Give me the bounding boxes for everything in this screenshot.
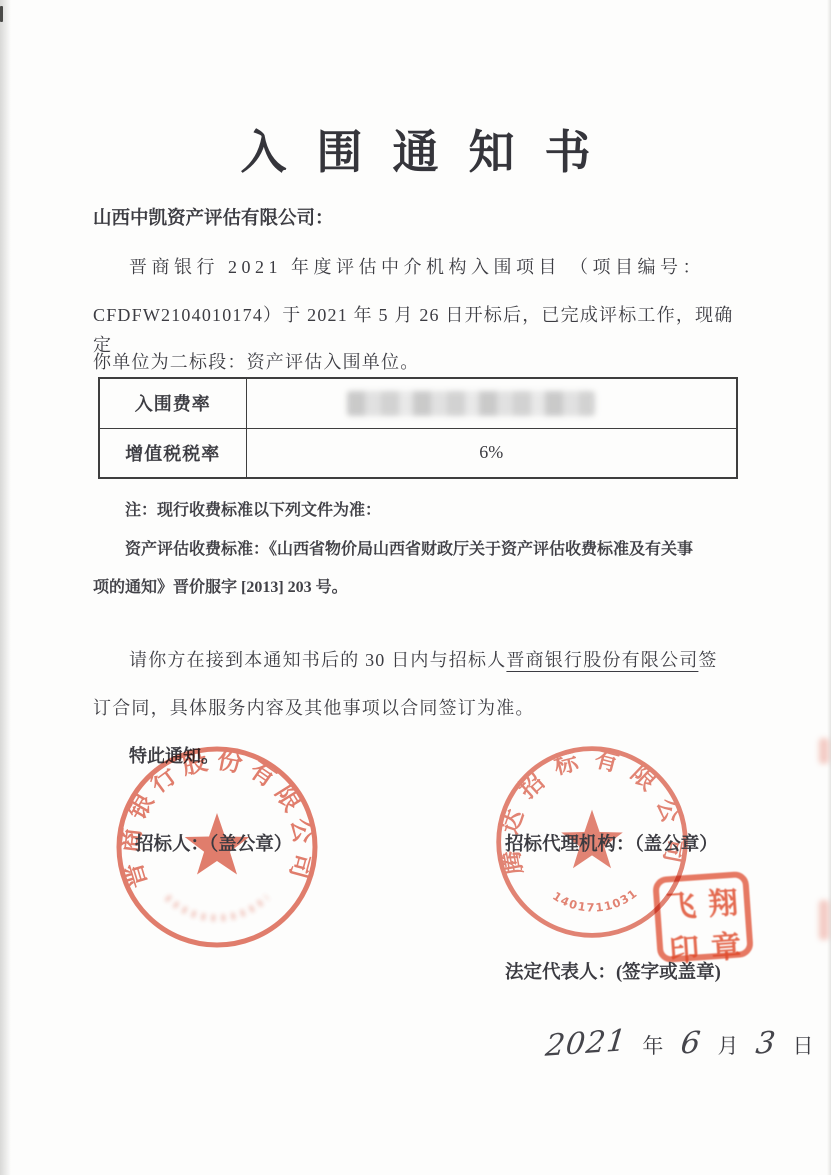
date-year-handwritten: 2021 — [544, 1023, 629, 1064]
seal-code-blur — [167, 897, 267, 918]
intro-line-1: 晋商银行 2021 年度评估中介机构入围项目 （项目编号： — [93, 252, 741, 282]
note-line-3: 项的通知》晋价服字 [2013] 203 号。 — [93, 575, 741, 601]
date-month-handwritten: 6 — [679, 1025, 703, 1061]
bidder-company-name: 晋商银行股份有限公司 — [506, 650, 698, 670]
contract-line-2: 订合同，具体服务内容及其他事项以合同签订为准。 — [93, 693, 741, 723]
fee-rate-value — [246, 378, 737, 428]
notice-document-page: 入围通知书 山西中凯资产评估有限公司： 晋商银行 2021 年度评估中介机构入围… — [0, 0, 831, 1175]
scan-artifact-tick — [0, 6, 3, 22]
stamp-smudge — [819, 900, 829, 940]
fee-table: 入围费率 增值税税率 6% — [98, 377, 738, 479]
note-line-1: 注：现行收费标准以下列文件为准： — [93, 498, 741, 524]
page-title: 入围通知书 — [0, 116, 831, 182]
contract-line-1-tail: 签 — [698, 650, 717, 670]
fee-table-row-vat: 增值税税率 6% — [99, 428, 737, 478]
date-day-handwritten: 3 — [754, 1025, 778, 1061]
vat-rate-label: 增值税税率 — [99, 428, 246, 478]
stamp-smudge — [819, 738, 829, 764]
note-line-2: 资产评估收费标准：《山西省物价局山西省财政厅关于资产评估收费标准及有关事 — [93, 537, 741, 563]
agency-label: 招标代理机构：（盖公章） — [505, 830, 718, 856]
intro-line-3: 你单位为二标段：资产评估入围单位。 — [93, 347, 741, 377]
watermark-char: 飞 — [665, 881, 698, 927]
legal-rep-label: 法定代表人：(签字或盖章) — [505, 958, 721, 984]
watermark-seal: 飞 翔 印 章 — [652, 871, 754, 963]
vat-rate-value: 6% — [246, 428, 737, 478]
date-year-char: 年 — [642, 1030, 665, 1060]
bidder-label: 招标人：（盖公章） — [135, 830, 292, 856]
addressee-line: 山西中凯资产评估有限公司： — [93, 204, 334, 230]
contract-line-1: 请你方在接到本通知书后的 30 日内与招标人晋商银行股份有限公司签 — [93, 645, 741, 675]
date-line: 2021年6月3日 — [536, 1026, 822, 1061]
redacted-value-blur — [347, 391, 595, 416]
watermark-char: 翔 — [706, 878, 739, 924]
date-day-char: 日 — [793, 1030, 816, 1060]
date-month-char: 月 — [717, 1030, 740, 1060]
fee-table-row-rate: 入围费率 — [99, 378, 737, 428]
contract-line-1-pre: 请你方在接到本通知书后的 30 日内与招标人 — [129, 650, 506, 670]
fee-rate-label: 入围费率 — [99, 378, 246, 428]
